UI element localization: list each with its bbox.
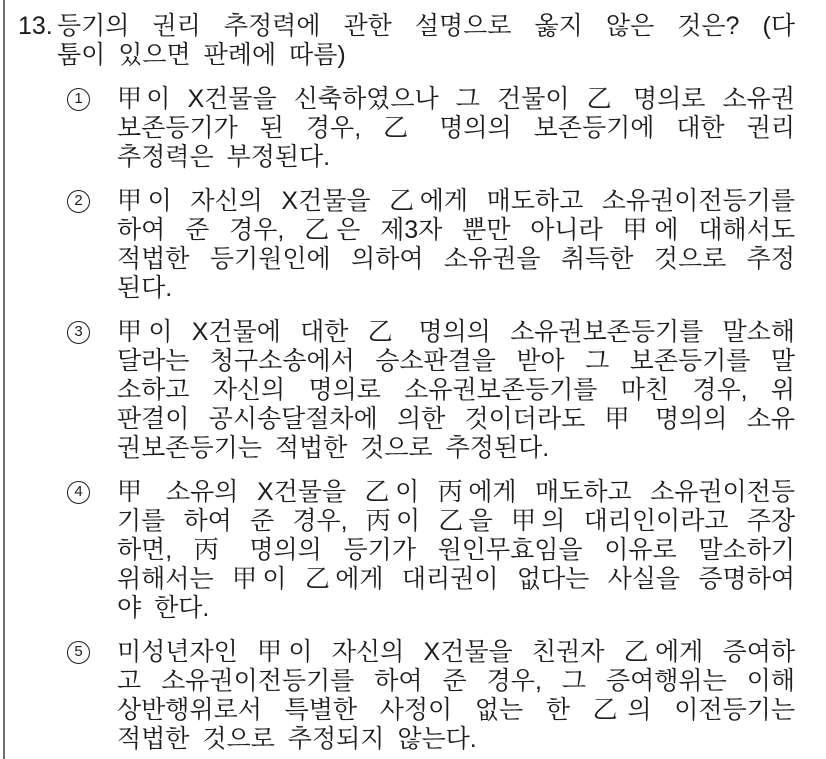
choice-text-line: 고 소유권이전등기를 하여 준 경우, 그 증여행위는 이해 bbox=[117, 667, 795, 696]
choice-marker-col: 4 bbox=[67, 478, 117, 623]
choice-item-5: 5미성년자인 甲이 자신의 X건물을 친권자 乙에게 증여하고 소유권이전등기를… bbox=[67, 638, 795, 754]
choice-text-line: 적법한 등기원인에 의하여 소유권을 취득한 것으로 추정 bbox=[117, 245, 795, 274]
choice-marker-icon: 4 bbox=[67, 481, 90, 504]
choice-text-line: 하면, 丙 명의의 등기가 원인무효임을 이유로 말소하기 bbox=[117, 536, 795, 565]
choice-text-line: 상반행위로서 특별한 사정이 없는 한 乙의 이전등기는 bbox=[117, 696, 795, 725]
exam-page: 13. 등기의 권리 추정력에 관한 설명으로 옳지 않은 것은? (다툼이 있… bbox=[0, 0, 826, 759]
choice-text-line: 미성년자인 甲이 자신의 X건물을 친권자 乙에게 증여하 bbox=[117, 638, 795, 667]
choice-text-line: 판결이 공시송달절차에 의한 것이더라도 甲 명의의 소유 bbox=[117, 405, 795, 434]
question-13: 13. 등기의 권리 추정력에 관한 설명으로 옳지 않은 것은? (다툼이 있… bbox=[18, 12, 795, 70]
choice-marker-icon: 5 bbox=[67, 641, 90, 664]
choice-marker-col: 2 bbox=[67, 187, 117, 303]
choice-text-line: 달라는 청구소송에서 승소판결을 받아 그 보존등기를 말 bbox=[117, 347, 795, 376]
question-text-line: 툼이 있으면 판례에 따름) bbox=[57, 41, 795, 70]
choice-marker-col: 5 bbox=[67, 638, 117, 754]
choice-text-line: 甲 소유의 X건물을 乙이 丙에게 매도하고 소유권이전등 bbox=[117, 478, 795, 507]
choice-marker-icon: 1 bbox=[67, 88, 90, 111]
choice-item-3: 3甲이 X건물에 대한 乙 명의의 소유권보존등기를 말소해달라는 청구소송에서… bbox=[67, 318, 795, 463]
choice-text: 甲 소유의 X건물을 乙이 丙에게 매도하고 소유권이전등기를 하여 준 경우,… bbox=[117, 478, 795, 623]
choice-item-4: 4甲 소유의 X건물을 乙이 丙에게 매도하고 소유권이전등기를 하여 준 경우… bbox=[67, 478, 795, 623]
question-text-line: 등기의 권리 추정력에 관한 설명으로 옳지 않은 것은? (다 bbox=[57, 12, 795, 41]
choice-text-line: 하여 준 경우, 乙은 제3자 뿐만 아니라 甲에 대해서도 bbox=[117, 216, 795, 245]
choice-text-line: 보존등기가 된 경우, 乙 명의의 보존등기에 대한 권리 bbox=[117, 114, 795, 143]
choice-text-line: 적법한 것으로 추정되지 않는다. bbox=[117, 725, 795, 754]
question-block: 13. 등기의 권리 추정력에 관한 설명으로 옳지 않은 것은? (다툼이 있… bbox=[18, 12, 795, 754]
choice-text: 미성년자인 甲이 자신의 X건물을 친권자 乙에게 증여하고 소유권이전등기를 … bbox=[117, 638, 795, 754]
choice-text: 甲이 X건물에 대한 乙 명의의 소유권보존등기를 말소해달라는 청구소송에서 … bbox=[117, 318, 795, 463]
choice-marker-icon: 3 bbox=[67, 321, 90, 344]
choice-text-line: 야 한다. bbox=[117, 594, 795, 623]
choice-marker-col: 3 bbox=[67, 318, 117, 463]
choice-text-line: 甲이 X건물을 신축하였으나 그 건물이 乙 명의로 소유권 bbox=[117, 85, 795, 114]
choice-text-line: 소하고 자신의 명의로 소유권보존등기를 마친 경우, 위 bbox=[117, 376, 795, 405]
question-text: 등기의 권리 추정력에 관한 설명으로 옳지 않은 것은? (다툼이 있으면 판… bbox=[57, 12, 795, 70]
choice-text-line: 기를 하여 준 경우, 丙이 乙을 甲의 대리인이라고 주장 bbox=[117, 507, 795, 536]
choice-text-line: 권보존등기는 적법한 것으로 추정된다. bbox=[117, 434, 795, 463]
choice-text: 甲이 X건물을 신축하였으나 그 건물이 乙 명의로 소유권보존등기가 된 경우… bbox=[117, 85, 795, 172]
choice-marker-col: 1 bbox=[67, 85, 117, 172]
choice-item-2: 2甲이 자신의 X건물을 乙에게 매도하고 소유권이전등기를하여 준 경우, 乙… bbox=[67, 187, 795, 303]
choice-text: 甲이 자신의 X건물을 乙에게 매도하고 소유권이전등기를하여 준 경우, 乙은… bbox=[117, 187, 795, 303]
choice-text-line: 甲이 자신의 X건물을 乙에게 매도하고 소유권이전등기를 bbox=[117, 187, 795, 216]
question-number: 13. bbox=[18, 12, 57, 70]
choice-text-line: 추정력은 부정된다. bbox=[117, 143, 795, 172]
choice-text-line: 된다. bbox=[117, 274, 795, 303]
choice-marker-icon: 2 bbox=[67, 190, 90, 213]
column-divider bbox=[3, 0, 5, 759]
choice-text-line: 甲이 X건물에 대한 乙 명의의 소유권보존등기를 말소해 bbox=[117, 318, 795, 347]
choice-text-line: 위해서는 甲이 乙에게 대리권이 없다는 사실을 증명하여 bbox=[117, 565, 795, 594]
choice-item-1: 1甲이 X건물을 신축하였으나 그 건물이 乙 명의로 소유권보존등기가 된 경… bbox=[67, 85, 795, 172]
choice-list: 1甲이 X건물을 신축하였으나 그 건물이 乙 명의로 소유권보존등기가 된 경… bbox=[18, 85, 795, 754]
